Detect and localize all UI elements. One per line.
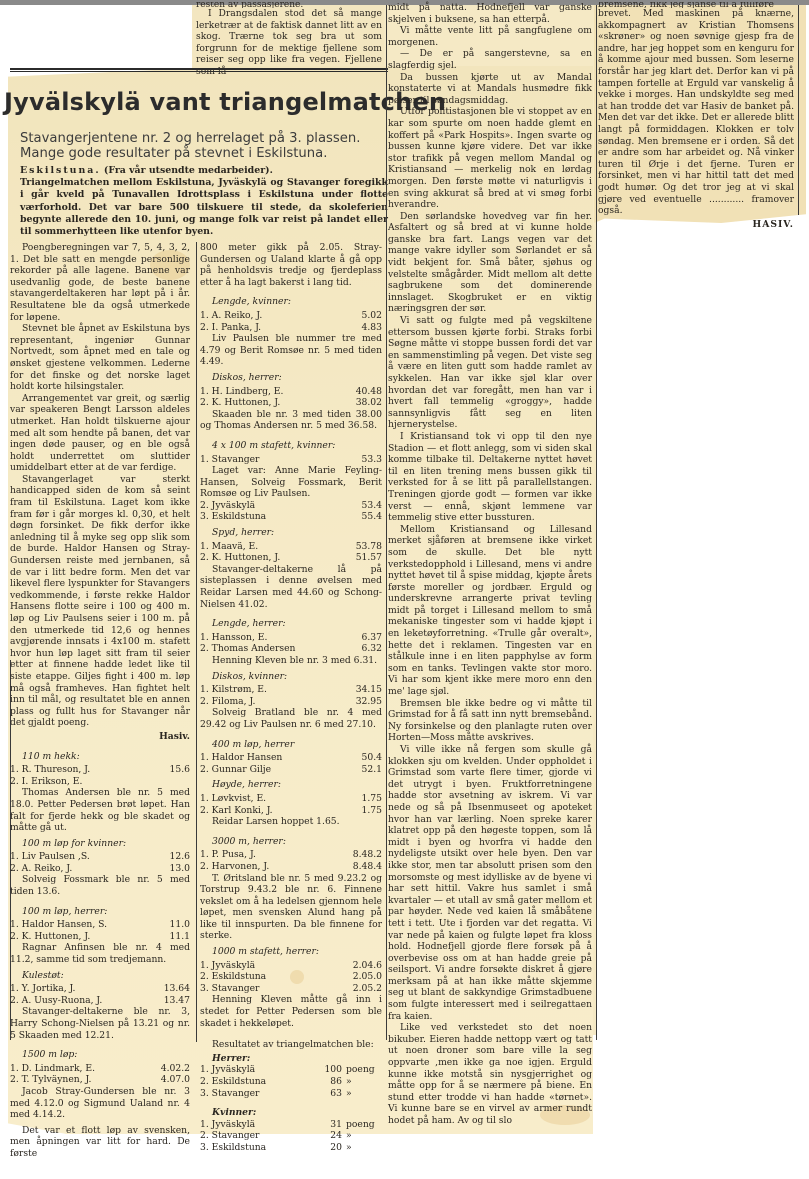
- paragraph: Vi måtte vente litt på sangfuglene om mo…: [388, 25, 592, 48]
- result-row: 1. Stavanger53.3: [200, 454, 382, 466]
- result-value: 34.15: [356, 684, 382, 696]
- result-value: 50.4: [362, 752, 382, 764]
- event-note: Stavanger-deltakerne lå på sisteplassen …: [200, 564, 382, 610]
- result-name: 3. Stavanger: [200, 983, 259, 995]
- result-value: 15.6: [170, 764, 190, 776]
- lead-paragraph: Eskilstuna. (Fra vår utsendte medarbeide…: [20, 165, 388, 238]
- result-name: 1. Løvkvist, E.: [200, 793, 266, 805]
- dateline: Eskilstuna.: [20, 165, 101, 176]
- subheadline-line: Mange gode resultater på stevnet i Eskil…: [20, 146, 390, 161]
- event-block: 100 m løp, herrer:1. Haldor Hansen, S.11…: [10, 906, 190, 966]
- result-row: 1. D. Lindmark, E.4.02.2: [10, 1063, 190, 1075]
- result-row: 1. Maavä, E.53.78: [200, 541, 382, 553]
- byline: (Fra vår utsendte medarbeider).: [104, 165, 273, 176]
- result-name: 1. P. Pusa, J.: [200, 849, 256, 861]
- event-title: 400 m løp, herrer: [200, 739, 382, 751]
- event-note: Thomas Andersen ble nr. 5 med 18.0. Pett…: [10, 787, 190, 833]
- result-name: 2. Eskildstuna: [200, 971, 266, 983]
- result-row: 3. Stavanger2.05.2: [200, 983, 382, 995]
- totals-row: 2. Eskildstuna86»: [200, 1076, 382, 1088]
- event-note: Solveig Fossmark ble nr. 5 med tiden 13.…: [10, 874, 190, 897]
- result-name: 1. Kilstrøm, E.: [200, 684, 267, 696]
- event-block: 400 m løp, herrer1. Haldor Hansen50.42. …: [200, 739, 382, 776]
- event-note: Skaaden ble nr. 3 med tiden 38.00 og Tho…: [200, 409, 382, 432]
- result-value: 4.02.2: [161, 1063, 190, 1075]
- result-name: 2. A. Uusy-Ruona, J.: [10, 995, 102, 1007]
- result-name: 1. Haldor Hansen: [200, 752, 282, 764]
- event-block: Kulestøt:1. Y. Jortika, J.13.642. A. Uus…: [10, 970, 190, 1042]
- points-unit: »: [342, 1142, 382, 1154]
- paragraph: Poengberegningen var 7, 5, 4, 3, 2, 1. D…: [10, 242, 190, 323]
- result-name: 1. Liv Paulsen ,S.: [10, 851, 90, 863]
- event-title: Diskos, kvinner:: [200, 671, 382, 683]
- event-note: Liv Paulsen ble nummer tre med 4.79 og B…: [200, 333, 382, 368]
- result-row: 1. Liv Paulsen ,S.12.6: [10, 851, 190, 863]
- result-row: 2. A. Uusy-Ruona, J.13.47: [10, 995, 190, 1007]
- paragraph: Utfor politistasjonen ble vi stoppet av …: [388, 106, 592, 210]
- event-block: 110 m hekk:1. R. Thureson, J.15.62. I. E…: [10, 751, 190, 834]
- result-row: 1. Løvkvist, E.1.75: [200, 793, 382, 805]
- event-block: Diskos, herrer:1. H. Lindberg, E.40.482.…: [200, 372, 382, 432]
- result-row: 2. T. Tylväynen, J.4.07.0: [10, 1074, 190, 1086]
- paragraph: Da bussen kjørte ut av Mandal konstatert…: [388, 72, 592, 107]
- result-name: 2. Harvonen, J.: [200, 861, 269, 873]
- paragraph: Vi satt og fulgte med på vegskiltene ett…: [388, 315, 592, 431]
- event-title: Lengde, kvinner:: [200, 296, 382, 308]
- result-value: 11.0: [170, 919, 190, 931]
- result-name: 2. Thomas Andersen: [200, 643, 295, 655]
- paragraph: brevet. Med maskinen på knærne, akkompag…: [598, 8, 794, 217]
- result-value: 2.05.0: [353, 971, 382, 983]
- result-name: 2. K. Huttonen, J.: [200, 397, 280, 409]
- result-value: 53.3: [362, 454, 382, 466]
- event-block: Diskos, kvinner:1. Kilstrøm, E.34.152. F…: [200, 671, 382, 731]
- event-title: 100 m løp, herrer:: [10, 906, 190, 918]
- subheadline-line: Stavangerjentene nr. 2 og herrelaget på …: [20, 131, 390, 146]
- result-name: 2. I. Erikson, E.: [10, 776, 82, 788]
- result-name: 1. A. Reiko, J.: [200, 310, 262, 322]
- result-value: 12.6: [170, 851, 190, 863]
- event-title: Spyd, herrer:: [200, 527, 382, 539]
- points-unit: poeng: [342, 1119, 382, 1131]
- result-value: 6.32: [362, 643, 382, 655]
- event-title: 1500 m løp:: [10, 1049, 190, 1061]
- result-name: 1. R. Thureson, J.: [10, 764, 90, 776]
- result-value: 4.83: [362, 322, 382, 334]
- result-name: 1. Hansson, E.: [200, 632, 267, 644]
- signature: HASIV.: [598, 219, 794, 231]
- team-name: 3. Stavanger: [200, 1088, 302, 1100]
- result-name: 1. Stavanger: [200, 454, 259, 466]
- result-value: 4.07.0: [161, 1074, 190, 1086]
- result-name: 1. Haldor Hansen, S.: [10, 919, 107, 931]
- event-title: Diskos, herrer:: [200, 372, 382, 384]
- paragraph: Mellom Kristiansand og Lillesand merket …: [388, 524, 592, 698]
- result-value: 53.78: [356, 541, 382, 553]
- subheadline: Stavangerjentene nr. 2 og herrelaget på …: [20, 131, 390, 161]
- result-value: 55.4: [362, 511, 382, 523]
- event-note: Ragnar Anfinsen ble nr. 4 med 11.2, samm…: [10, 942, 190, 965]
- team-name: 3. Eskildstuna: [200, 1142, 302, 1154]
- result-row: 1. H. Lindberg, E.40.48: [200, 386, 382, 398]
- event-block: 1500 m løp:1. D. Lindmark, E.4.02.22. T.…: [10, 1049, 190, 1121]
- result-value: 2.05.2: [353, 983, 382, 995]
- headline-rule: [10, 68, 388, 72]
- totals-row: 1. Jyväskylä31poeng: [200, 1119, 382, 1131]
- totals-group-label: Kvinner:: [200, 1107, 382, 1119]
- article-column-2: 800 meter gikk på 2.05. Stray-Gundersen …: [200, 242, 382, 1154]
- result-row: 1. A. Reiko, J.5.02: [200, 310, 382, 322]
- result-row: 2. I. Panka, J.4.83: [200, 322, 382, 334]
- event-block: Lengde, herrer:1. Hansson, E.6.372. Thom…: [200, 618, 382, 666]
- team-name: 2. Eskildstuna: [200, 1076, 302, 1088]
- result-value: 1.75: [362, 793, 382, 805]
- paragraph: Vi ville ikke nå fergen som skulle gå kl…: [388, 744, 592, 1022]
- result-value: 2.04.6: [353, 960, 382, 972]
- result-row: 2. Filoma, J.32.95: [200, 696, 382, 708]
- result-row: 2. Jyväskylä53.4: [200, 500, 382, 512]
- result-value: 5.02: [362, 310, 382, 322]
- totals-group-label: Herrer:: [200, 1053, 382, 1065]
- result-name: 1. D. Lindmark, E.: [10, 1063, 95, 1075]
- event-block: 3000 m, herrer:1. P. Pusa, J.8.48.22. Ha…: [200, 836, 382, 942]
- totals-row: 3. Eskildstuna20»: [200, 1142, 382, 1154]
- result-name: 1. Y. Jortika, J.: [10, 983, 75, 995]
- result-value: 8.48.2: [353, 849, 382, 861]
- result-name: 2. K. Huttonen, J.: [200, 552, 280, 564]
- result-name: 2. Gunnar Gilje: [200, 764, 271, 776]
- event-note: Laget var: Anne Marie Feyling-Hansen, So…: [200, 465, 382, 500]
- result-value: 13.47: [164, 995, 190, 1007]
- result-row: 2. K. Huttonen, J.38.02: [200, 397, 382, 409]
- headline: Jyvälskylä vant triangelmatchen: [4, 88, 394, 116]
- result-value: 1.75: [362, 805, 382, 817]
- result-value: 51.57: [356, 552, 382, 564]
- result-name: 3. Eskildstuna: [200, 511, 266, 523]
- event-title: Høyde, herrer:: [200, 779, 382, 791]
- event-note: Henning Kleven måtte gå inn i stedet for…: [200, 994, 382, 1029]
- result-row: 2. Karl Konki, J.1.75: [200, 805, 382, 817]
- event-title: 4 x 100 m stafett, kvinner:: [200, 440, 382, 452]
- result-row: 2. Harvonen, J.8.48.4: [200, 861, 382, 873]
- totals-row: 3. Stavanger63»: [200, 1088, 382, 1100]
- team-name: 1. Jyväskylä: [200, 1119, 302, 1131]
- points-unit: »: [342, 1088, 382, 1100]
- paragraph: Bremsen ble ikke bedre og vi måtte til G…: [388, 698, 592, 744]
- result-name: 1. Jyväskylä: [200, 960, 255, 972]
- result-row: 1. Haldor Hansen50.4: [200, 752, 382, 764]
- result-row: 1. Hansson, E.6.37: [200, 632, 382, 644]
- points-unit: »: [342, 1076, 382, 1088]
- points: 86: [302, 1076, 342, 1088]
- result-value: 13.0: [170, 863, 190, 875]
- paragraph: — De er på sangerstevne, sa en slagferdi…: [388, 48, 592, 71]
- paragraph: Stavangerlaget var sterkt handicapped si…: [10, 474, 190, 729]
- result-row: 1. Jyväskylä2.04.6: [200, 960, 382, 972]
- result-row: 1. Y. Jortika, J.13.64: [10, 983, 190, 995]
- event-title: 100 m løp for kvinner:: [10, 838, 190, 850]
- points: 24: [302, 1130, 342, 1142]
- result-row: 1. P. Pusa, J.8.48.2: [200, 849, 382, 861]
- team-name: 2. Stavanger: [200, 1130, 302, 1142]
- points-unit: »: [342, 1130, 382, 1142]
- results-list: 110 m hekk:1. R. Thureson, J.15.62. I. E…: [10, 751, 190, 1121]
- result-row: 2. K. Huttonen, J.51.57: [200, 552, 382, 564]
- team-name: 1. Jyväskylä: [200, 1064, 302, 1076]
- results-list: Lengde, kvinner:1. A. Reiko, J.5.022. I.…: [200, 296, 382, 1029]
- result-value: 6.37: [362, 632, 382, 644]
- event-title: 3000 m, herrer:: [200, 836, 382, 848]
- column-rule: [196, 242, 197, 1042]
- result-row: 1. Haldor Hansen, S.11.0: [10, 919, 190, 931]
- result-name: 1. H. Lindberg, E.: [200, 386, 283, 398]
- paragraph: Like ved verkstedet sto det noen bikuber…: [388, 1022, 592, 1126]
- paragraph: 800 meter gikk på 2.05. Stray-Gundersen …: [200, 242, 382, 288]
- result-row: 2. Gunnar Gilje52.1: [200, 764, 382, 776]
- signature: Hasiv.: [10, 731, 190, 743]
- result-name: 1. Maavä, E.: [200, 541, 258, 553]
- totals-heading: Resultatet av triangelmatchen ble:: [200, 1039, 382, 1051]
- event-note: Reidar Larsen hoppet 1.65.: [200, 816, 382, 828]
- points-unit: poeng: [342, 1064, 382, 1076]
- result-value: 32.95: [356, 696, 382, 708]
- points: 63: [302, 1088, 342, 1100]
- result-row: 2. K. Huttonen, J.11.1: [10, 931, 190, 943]
- result-value: 40.48: [356, 386, 382, 398]
- result-row: 2. A. Reiko, J.13.0: [10, 863, 190, 875]
- result-row: 1. Kilstrøm, E.34.15: [200, 684, 382, 696]
- paragraph: Det var et flott løp av svensken, men åp…: [10, 1125, 190, 1160]
- event-note: Stavanger-deltakerne ble nr. 3, Harry Sc…: [10, 1006, 190, 1041]
- result-row: 3. Eskildstuna55.4: [200, 511, 382, 523]
- result-name: 2. T. Tylväynen, J.: [10, 1074, 91, 1086]
- top-snippet: resten av passasjerene. I Drangsdalen st…: [196, 2, 382, 78]
- event-block: Lengde, kvinner:1. A. Reiko, J.5.022. I.…: [200, 296, 382, 368]
- event-note: Solveig Bratland ble nr. 4 med 29.42 og …: [200, 707, 382, 730]
- event-block: Høyde, herrer:1. Løvkvist, E.1.752. Karl…: [200, 779, 382, 827]
- result-name: 2. I. Panka, J.: [200, 322, 261, 334]
- result-name: 2. Karl Konki, J.: [200, 805, 273, 817]
- event-title: Lengde, herrer:: [200, 618, 382, 630]
- paragraph: Arrangementet var greit, og særlig var s…: [10, 393, 190, 474]
- result-value: 11.1: [170, 931, 190, 943]
- result-value: 8.48.4: [353, 861, 382, 873]
- event-title: Kulestøt:: [10, 970, 190, 982]
- points: 100: [302, 1064, 342, 1076]
- totals-row: 2. Stavanger24»: [200, 1130, 382, 1142]
- paragraph: Stevnet ble åpnet av Eskilstuna bys repr…: [10, 323, 190, 393]
- event-note: T. Øritsland ble nr. 5 med 9.23.2 og Tor…: [200, 873, 382, 943]
- result-value: 52.1: [362, 764, 382, 776]
- event-title: 110 m hekk:: [10, 751, 190, 763]
- result-value: 13.64: [164, 983, 190, 995]
- column-rule: [596, 5, 597, 1040]
- result-value: 53.4: [362, 500, 382, 512]
- event-block: Spyd, herrer:1. Maavä, E.53.782. K. Hutt…: [200, 527, 382, 610]
- result-name: 2. Jyväskylä: [200, 500, 255, 512]
- result-row: 2. Thomas Andersen6.32: [200, 643, 382, 655]
- column-rule: [798, 5, 799, 215]
- article-column-1: Poengberegningen var 7, 5, 4, 3, 2, 1. D…: [10, 242, 190, 1160]
- event-note: Henning Kleven ble nr. 3 med 6.31.: [200, 655, 382, 667]
- points: 20: [302, 1142, 342, 1154]
- result-name: 2. K. Huttonen, J.: [10, 931, 90, 943]
- event-block: 4 x 100 m stafett, kvinner:1. Stavanger5…: [200, 440, 382, 523]
- lead-text: Triangelmatchen mellom Eskilstuna, Jyväs…: [20, 177, 388, 238]
- event-block: 1000 m stafett, herrer:1. Jyväskylä2.04.…: [200, 946, 382, 1029]
- paragraph: Den sørlandske hovedveg var fin her. Asf…: [388, 211, 592, 315]
- event-note: Jacob Stray-Gundersen ble nr. 3 med 4.12…: [10, 1086, 190, 1121]
- travel-column: midt på natta. Hodnefjell var ganske skj…: [388, 2, 592, 1127]
- column-rule: [386, 5, 387, 1040]
- paragraph: midt på natta. Hodnefjell var ganske skj…: [388, 2, 592, 25]
- result-row: 2. I. Erikson, E.: [10, 776, 190, 788]
- paragraph: I Kristiansand tok vi opp til den nye St…: [388, 431, 592, 524]
- result-row: 1. R. Thureson, J.15.6: [10, 764, 190, 776]
- event-block: 100 m løp for kvinner:1. Liv Paulsen ,S.…: [10, 838, 190, 898]
- totals-row: 1. Jyväskylä100poeng: [200, 1064, 382, 1076]
- result-name: 2. Filoma, J.: [200, 696, 255, 708]
- points: 31: [302, 1119, 342, 1131]
- result-row: 2. Eskildstuna2.05.0: [200, 971, 382, 983]
- column-4: bremsene, fikk jeg sjanse til å fullføre…: [598, 2, 794, 230]
- totals-table: Herrer:1. Jyväskylä100poeng2. Eskildstun…: [200, 1053, 382, 1154]
- result-value: 38.02: [356, 397, 382, 409]
- event-title: 1000 m stafett, herrer:: [200, 946, 382, 958]
- result-name: 2. A. Reiko, J.: [10, 863, 72, 875]
